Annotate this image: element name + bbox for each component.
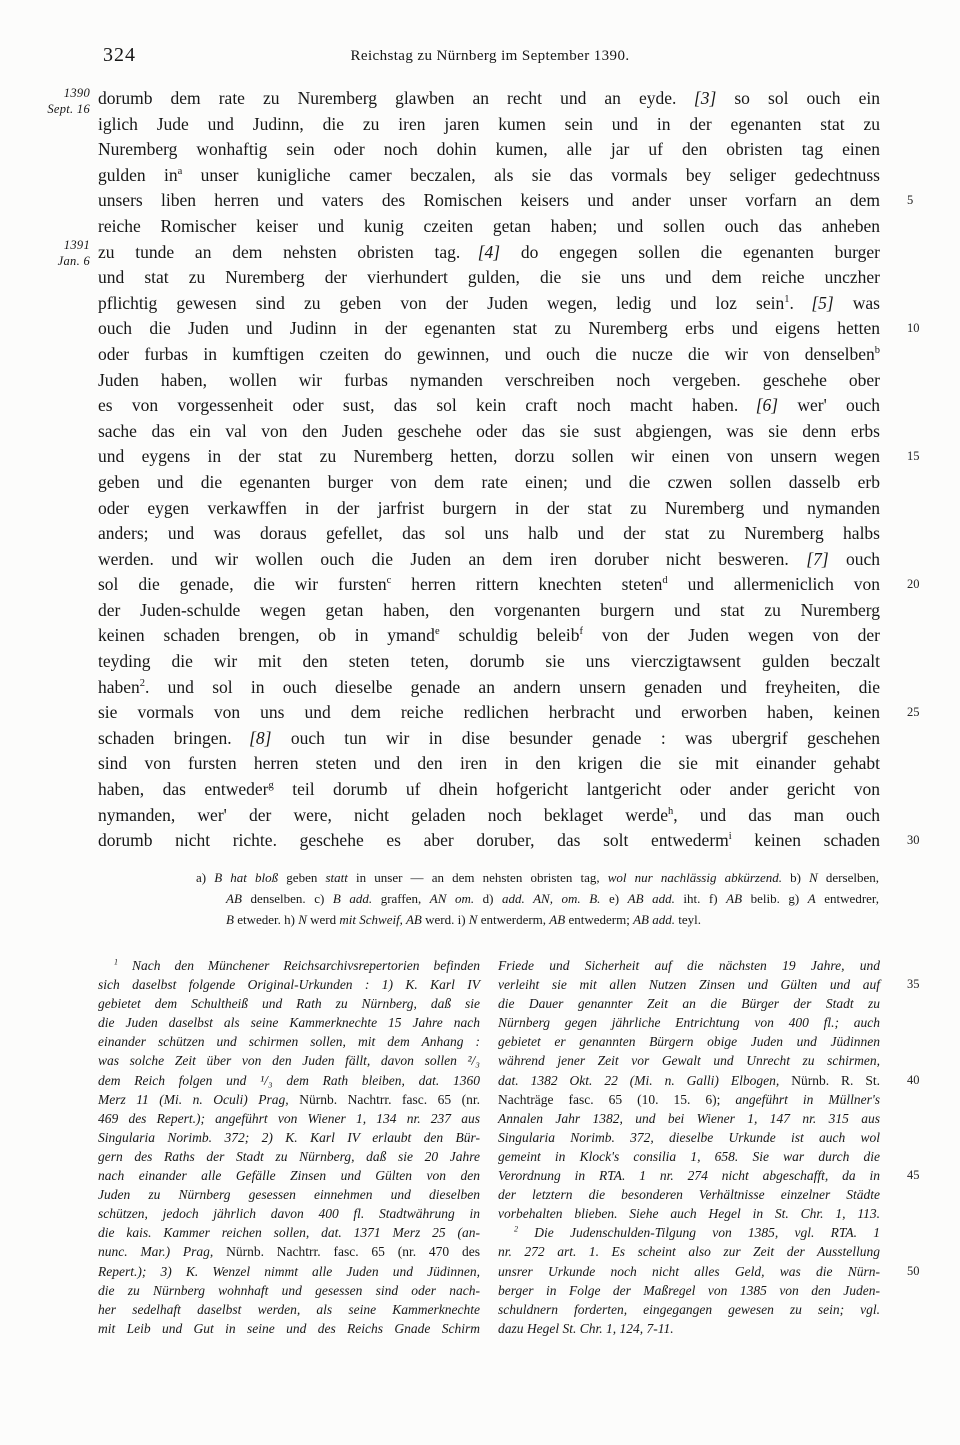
margin-day: Jan. 6 (28, 254, 90, 270)
footnote-line: einander schützen und schirmen sollen, m… (98, 1032, 480, 1051)
text-line: reiche Romischer keiser und kunig czeite… (98, 214, 880, 240)
text-line: dorumb nicht richte. geschehe es aber do… (98, 828, 880, 854)
footnote-line: die Dauer genannter Zeit an die Bürger d… (498, 994, 880, 1013)
footnote-line: 469 des Repert.); angeführt von Wiener 1… (98, 1109, 480, 1128)
critical-apparatus: a) B hat bloß geben statt in unser — an … (196, 868, 879, 930)
footnote-line: Singularia Norimb. 372; 2) K. Karl IV er… (98, 1128, 480, 1147)
text-line: haben2. und sol in ouch dieselbe genade … (98, 675, 880, 701)
text-line: Nuremberg wonhaftig sein oder noch dohin… (98, 137, 880, 163)
footnote-line: schuldnern forderten, eingegangen gewese… (498, 1300, 880, 1319)
footnote-left-column: 1 Nach den Münchener Reichsarchivsrepert… (98, 956, 480, 1338)
text-line: teyding die wir mit den steten teten, do… (98, 649, 880, 675)
text-line: unsers liben herren und vaters des Romis… (98, 188, 880, 214)
margin-year: 1390 (28, 86, 90, 102)
text-line: werden. und wir wollen ouch die Juden an… (98, 547, 880, 573)
text-line: haben, das entwederg teil dorumb uf dhei… (98, 777, 880, 803)
text-line: ouch die Juden und Judinn in der egenant… (98, 316, 880, 342)
line-number: 5 (907, 188, 913, 214)
line-number: 30 (907, 828, 920, 854)
footnotes: 1 Nach den Münchener Reichsarchivsrepert… (98, 956, 910, 1338)
margin-date-note: 1391Jan. 6 (28, 238, 90, 269)
text-line: es von vorgessenheit oder sust, das sol … (98, 393, 880, 419)
running-title: Reichstag zu Nürnberg im September 1390. (120, 48, 860, 65)
footnote-line: Friede und Sicherheit auf die nächsten 1… (498, 956, 880, 975)
footnote-line: berger in Folge der Maßregel von 1385 vo… (498, 1281, 880, 1300)
apparatus-line: AB denselben. c) B add. graffen, AN om. … (226, 889, 879, 910)
charter-text: dorumb dem rate zu Nuremberg glawben an … (98, 86, 880, 854)
footnote-line: dazu Hegel St. Chr. 1, 124, 7-11. (498, 1319, 880, 1338)
line-number: 15 (907, 444, 920, 470)
footnote-line: nr. 272 art. 1. Es scheint also zur Zeit… (498, 1242, 880, 1261)
footnote-line: die zu Nürnberg wohnhaft und gesessen si… (98, 1281, 480, 1300)
footnote-line: vorbehalten blieben. Siehe auch Hegel in… (498, 1204, 880, 1223)
footnote-line: 2 Die Judenschulden-Tilgung von 1385, vg… (498, 1223, 880, 1242)
line-number: 10 (907, 316, 920, 342)
footnote-line: Singularia Norimb. 372, dieselbe Urkunde… (498, 1128, 880, 1147)
footnote-line: her sedelhaft daselbst werden, als seine… (98, 1300, 480, 1319)
line-number: 40 (907, 1071, 920, 1090)
apparatus-line: B etweder. h) N werd mit Schweif, AB wer… (226, 910, 879, 931)
text-line: der Juden-schulde wegen getan haben, den… (98, 598, 880, 624)
footnote-line: mit Leib und Gut in seine und des Reichs… (98, 1319, 480, 1338)
footnote-line: Merz 11 (Mi. n. Oculi) Prag, Nürnb. Nach… (98, 1090, 480, 1109)
footnote-line: schützen, jedoch jährlich davon 400 fl. … (98, 1204, 480, 1223)
footnote-line: Verordnung in RTA. 1 nr. 274 nicht abges… (498, 1166, 880, 1185)
text-line: und stat zu Nuremberg der vierhundert gu… (98, 265, 880, 291)
footnote-right-column: Friede und Sicherheit auf die nächsten 1… (498, 956, 880, 1338)
text-line: pflichtig gewesen sind zu geben von der … (98, 291, 880, 317)
footnote-line: sich daselbst folgende Original-Urkunden… (98, 975, 480, 994)
footnote-line: gemeint in Klock's consilia 1, 658. Sie … (498, 1147, 880, 1166)
text-line: nymanden, wer' der were, nicht geladen n… (98, 803, 880, 829)
main-text: 1390Sept. 161391Jan. 6 dorumb dem rate z… (98, 86, 880, 854)
text-line: anders; und was doraus gefellet, das sol… (98, 521, 880, 547)
footnote-line: der letztern die besonderen Verhältnisse… (498, 1185, 880, 1204)
footnote-line: Repert.); 3) K. Wenzel nimmt alle Juden … (98, 1262, 480, 1281)
footnote-line: gebietet er genannten Bürgern obige Jude… (498, 1032, 880, 1051)
text-line: sie vormals von uns und dem reiche redli… (98, 700, 880, 726)
text-line: oder eygen verkawffen in der jarfrist bu… (98, 496, 880, 522)
text-line: sol die genade, die wir furstenc herren … (98, 572, 880, 598)
line-number: 50 (907, 1262, 920, 1281)
footnote-line: nunc. Mar.) Prag, Nürnb. Nachtrr. fasc. … (98, 1242, 480, 1261)
text-line: keinen schaden brengen, ob in ymande sch… (98, 623, 880, 649)
footnote-line: dem Reich folgen und ¹/₃ dem Rath bleibe… (98, 1071, 480, 1090)
text-line: geben und die egenanten burger von dem r… (98, 470, 880, 496)
footnote-line: während jener Zeit vor Gewalt und Unrech… (498, 1051, 880, 1070)
footnote-line: die kais. Kammer reichen sollen, dat. 13… (98, 1223, 480, 1242)
footnote-line: Nachträge fasc. 65 (10. 15. 6); angeführ… (498, 1090, 880, 1109)
text-line: gulden ina unser kunigliche camer beczal… (98, 163, 880, 189)
margin-year: 1391 (28, 238, 90, 254)
footnote-line: Nürnberg gegen jährliche Entrichtung von… (498, 1013, 880, 1032)
text-line: dorumb dem rate zu Nuremberg glawben an … (98, 86, 880, 112)
footnote-line: die Juden daselbst als seine Kammerknech… (98, 1013, 480, 1032)
margin-date-note: 1390Sept. 16 (28, 86, 90, 117)
footnote-line: Annalen Jahr 1382, und bei Wiener 1, 147… (498, 1109, 880, 1128)
line-number: 25 (907, 700, 920, 726)
text-line: iglich Jude und Judinn, die zu iren jare… (98, 112, 880, 138)
margin-day: Sept. 16 (28, 102, 90, 118)
line-number: 45 (907, 1166, 920, 1185)
footnote-line: Juden zu Nürnberg gesessen einnehmen und… (98, 1185, 480, 1204)
footnote-line: was solche Zeit über von den Juden fällt… (98, 1051, 480, 1070)
line-number: 35 (907, 975, 920, 994)
text-line: schaden bringen. [8] ouch tun wir in dis… (98, 726, 880, 752)
footnote-line: unsrer Urkunde noch nicht alles Geld, wa… (498, 1262, 880, 1281)
line-number: 20 (907, 572, 920, 598)
apparatus-line: a) B hat bloß geben statt in unser — an … (196, 868, 879, 889)
footnote-line: dat. 1382 Okt. 22 (Mi. n. Galli) Elbogen… (498, 1071, 880, 1090)
footnote-line: gern des Raths der Stadt zu Nürnberg, da… (98, 1147, 480, 1166)
footnote-line: nach einander alle Gefälle Zinsen und Gü… (98, 1166, 480, 1185)
text-line: und eygens in der stat zu Nuremberg hett… (98, 444, 880, 470)
footnote-line: gebietet dem Schultheiß und Rath zu Nürn… (98, 994, 480, 1013)
footnote-line: 1 Nach den Münchener Reichsarchivsrepert… (98, 956, 480, 975)
text-line: sind von fursten herren steten und den i… (98, 751, 880, 777)
text-line: zu tunde an dem nehsten obristen tag. [4… (98, 240, 880, 266)
text-line: oder furbas in kumftigen czeiten do gewi… (98, 342, 880, 368)
text-line: sache das ein val von den Juden geschehe… (98, 419, 880, 445)
text-line: Juden haben, wollen wir furbas nymanden … (98, 368, 880, 394)
footnote-line: verleiht sie mit allen Nutzen Zinsen und… (498, 975, 880, 994)
book-page: 324 Reichstag zu Nürnberg im September 1… (0, 0, 960, 1445)
